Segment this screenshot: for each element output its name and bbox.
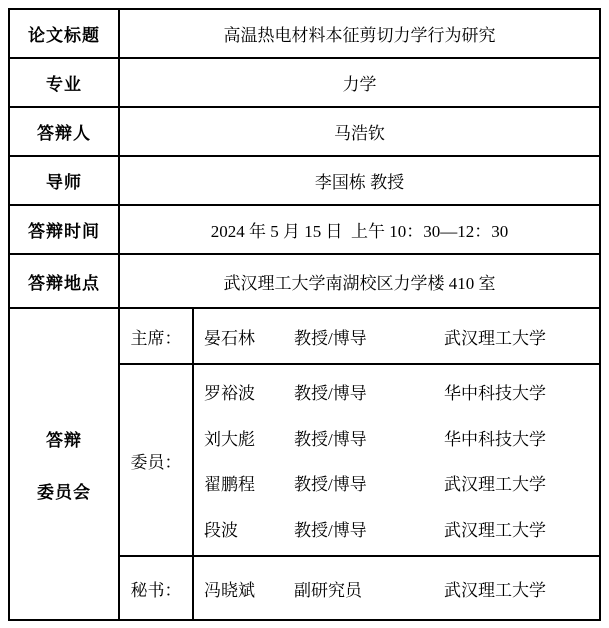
committee-members-row: 委员： 罗裕波 教授/博导 华中科技大学 刘大彪 教授/博导 华中科技大学	[120, 365, 599, 557]
person-affiliation: 华中科技大学	[444, 379, 599, 404]
row-value-thesis-title: 高温热电材料本征剪切力学行为研究	[120, 10, 599, 57]
committee-person-member-2: 刘大彪 教授/博导 华中科技大学	[194, 425, 599, 450]
person-affiliation: 武汉理工大学	[444, 576, 599, 601]
committee-chair-row: 主席： 晏石林 教授/博导 武汉理工大学	[120, 309, 599, 365]
row-label-major: 专业	[10, 59, 120, 106]
table-row-thesis-title: 论文标题 高温热电材料本征剪切力学行为研究	[10, 10, 599, 59]
committee-secretary-row: 秘书： 冯晓斌 副研究员 武汉理工大学	[120, 557, 599, 619]
person-title: 教授/博导	[294, 379, 444, 404]
person-affiliation: 武汉理工大学	[444, 470, 599, 495]
committee-section: 答辩 委员会 主席： 晏石林 教授/博导 武汉理工大学 委员：	[10, 309, 599, 619]
person-title: 教授/博导	[294, 425, 444, 450]
person-name: 罗裕波	[204, 379, 294, 404]
chair-role-label: 主席：	[120, 309, 194, 363]
person-title: 教授/博导	[294, 470, 444, 495]
members-role-label: 委员：	[120, 365, 194, 555]
row-value-defense-time: 2024 年 5 月 15 日 上午 10：30—12：30	[120, 206, 599, 253]
person-name: 段波	[204, 516, 294, 541]
person-name: 晏石林	[204, 324, 294, 349]
person-affiliation: 武汉理工大学	[444, 324, 599, 349]
committee-person-member-1: 罗裕波 教授/博导 华中科技大学	[194, 379, 599, 404]
thesis-defense-document: 论文标题 高温热电材料本征剪切力学行为研究 专业 力学 答辩人 马浩钦 导师 李…	[0, 0, 609, 628]
person-title: 教授/博导	[294, 516, 444, 541]
person-title: 副研究员	[294, 576, 444, 601]
row-label-thesis-title: 论文标题	[10, 10, 120, 57]
row-label-defense-location: 答辩地点	[10, 255, 120, 307]
defense-info-table: 论文标题 高温热电材料本征剪切力学行为研究 专业 力学 答辩人 马浩钦 导师 李…	[8, 8, 601, 621]
table-row-defense-time: 答辩时间 2024 年 5 月 15 日 上午 10：30—12：30	[10, 206, 599, 255]
table-row-defender: 答辩人 马浩钦	[10, 108, 599, 157]
person-affiliation: 武汉理工大学	[444, 516, 599, 541]
chair-people: 晏石林 教授/博导 武汉理工大学	[194, 309, 599, 363]
secretary-people: 冯晓斌 副研究员 武汉理工大学	[194, 557, 599, 619]
person-name: 翟鹏程	[204, 470, 294, 495]
table-row-defense-location: 答辩地点 武汉理工大学南湖校区力学楼 410 室	[10, 255, 599, 309]
committee-person-chair: 晏石林 教授/博导 武汉理工大学	[194, 324, 599, 349]
committee-rows: 主席： 晏石林 教授/博导 武汉理工大学 委员： 罗裕波	[120, 309, 599, 619]
person-name: 刘大彪	[204, 425, 294, 450]
row-value-major: 力学	[120, 59, 599, 106]
row-label-defense-time: 答辩时间	[10, 206, 120, 253]
committee-person-member-4: 段波 教授/博导 武汉理工大学	[194, 516, 599, 541]
table-row-advisor: 导师 李国栋 教授	[10, 157, 599, 206]
committee-person-member-3: 翟鹏程 教授/博导 武汉理工大学	[194, 470, 599, 495]
secretary-role-label: 秘书：	[120, 557, 194, 619]
committee-label-line2: 委员会	[37, 478, 91, 503]
committee-label-line1: 答辩	[46, 426, 82, 451]
committee-section-label: 答辩 委员会	[10, 309, 120, 619]
row-label-defender: 答辩人	[10, 108, 120, 155]
person-name: 冯晓斌	[204, 576, 294, 601]
row-value-defense-location: 武汉理工大学南湖校区力学楼 410 室	[120, 255, 599, 307]
row-value-advisor: 李国栋 教授	[120, 157, 599, 204]
person-title: 教授/博导	[294, 324, 444, 349]
committee-person-secretary: 冯晓斌 副研究员 武汉理工大学	[194, 576, 599, 601]
person-affiliation: 华中科技大学	[444, 425, 599, 450]
row-value-defender: 马浩钦	[120, 108, 599, 155]
row-label-advisor: 导师	[10, 157, 120, 204]
table-row-major: 专业 力学	[10, 59, 599, 108]
members-people: 罗裕波 教授/博导 华中科技大学 刘大彪 教授/博导 华中科技大学 翟鹏程 教授…	[194, 365, 599, 555]
